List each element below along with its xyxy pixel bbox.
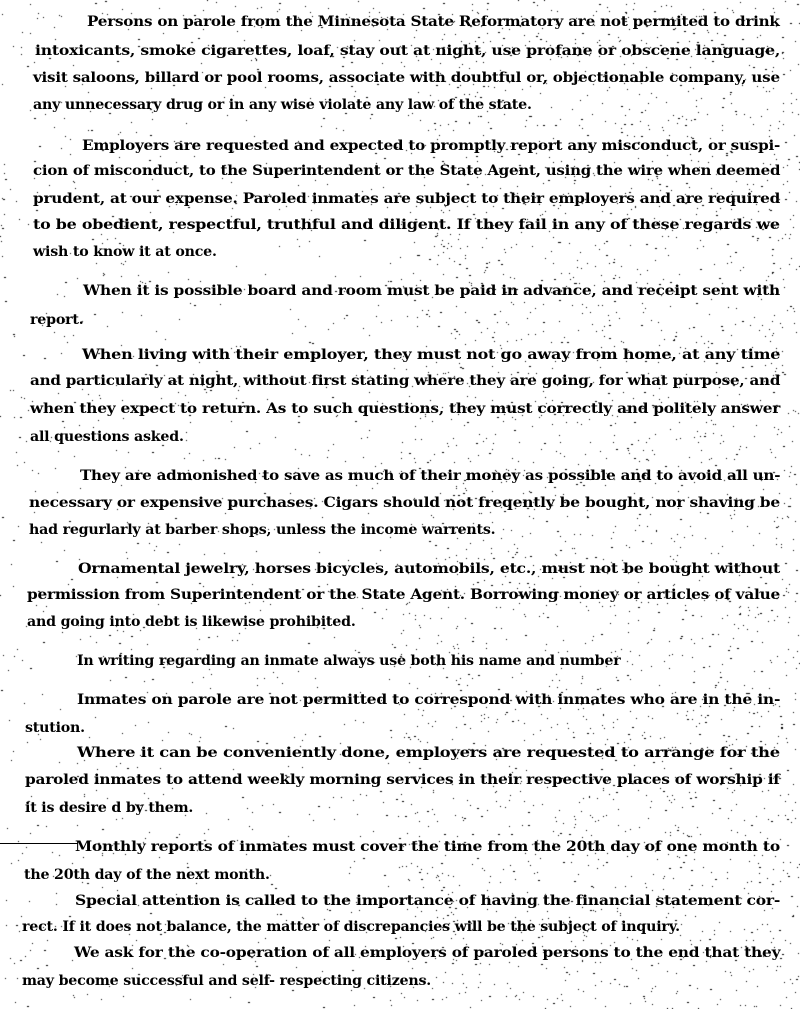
text-line: Monthly reports of inmates must cover th… <box>75 838 780 856</box>
text-line: Where it can be conveniently done, emplo… <box>77 744 780 762</box>
text-line: to be obedient, respectful, truthful and… <box>33 216 780 234</box>
text-line: prudent, at our expense. Paroled inmates… <box>33 190 780 208</box>
text-line: all questions asked. <box>30 428 184 446</box>
text-line: In writing regarding an inmate always us… <box>77 652 621 670</box>
text-line: any unnecessary drug or in any wise viol… <box>33 96 532 114</box>
text-line: visit saloons, billard or pool rooms, as… <box>33 69 780 87</box>
text-line: report. <box>30 311 83 329</box>
text-line: rect. If it does not balance, the matter… <box>22 918 680 936</box>
text-line: They are admonished to save as much of t… <box>80 467 780 485</box>
text-line: the 20th day of the next month. <box>24 866 270 884</box>
text-line: had regurlarly at barber shops, unless t… <box>29 521 495 539</box>
text-line: wish to know it at once. <box>33 243 217 261</box>
text-line: and particularly at night, without first… <box>30 372 780 390</box>
text-line: stution. <box>25 719 85 737</box>
text-line: and going into debt is likewise prohibit… <box>27 613 356 631</box>
text-line: it is desire d by them. <box>25 799 193 817</box>
text-line: We ask for the co-operation of all emplo… <box>74 944 780 962</box>
margin-rule <box>0 843 78 844</box>
text-line: When living with their employer, they mu… <box>82 346 780 364</box>
text-line: Special attention is called to the impor… <box>75 892 780 910</box>
text-line: cion of misconduct, to the Superintenden… <box>33 162 780 180</box>
text-line: when they expect to return. As to such q… <box>30 400 780 418</box>
text-line: may become successful and self- respecti… <box>22 972 431 990</box>
text-line: When it is possible board and room must … <box>83 282 780 300</box>
parole-rules-document: Persons on parole from the Minnesota Sta… <box>0 0 800 1009</box>
text-line: Ornamental jewelry, horses bicycles, aut… <box>78 560 780 578</box>
text-line: paroled inmates to attend weekly morning… <box>25 771 780 789</box>
text-line: permission from Superintendent or the St… <box>27 586 780 604</box>
text-line: Inmates on parole are not permitted to c… <box>77 691 780 709</box>
text-line: Persons on parole from the Minnesota Sta… <box>87 13 780 31</box>
text-line: intoxicants, smoke cigarettes, loaf, sta… <box>35 42 780 60</box>
text-line: Employers are requested and expected to … <box>82 137 780 155</box>
text-line: necessary or expensive purchases. Cigars… <box>29 494 780 512</box>
